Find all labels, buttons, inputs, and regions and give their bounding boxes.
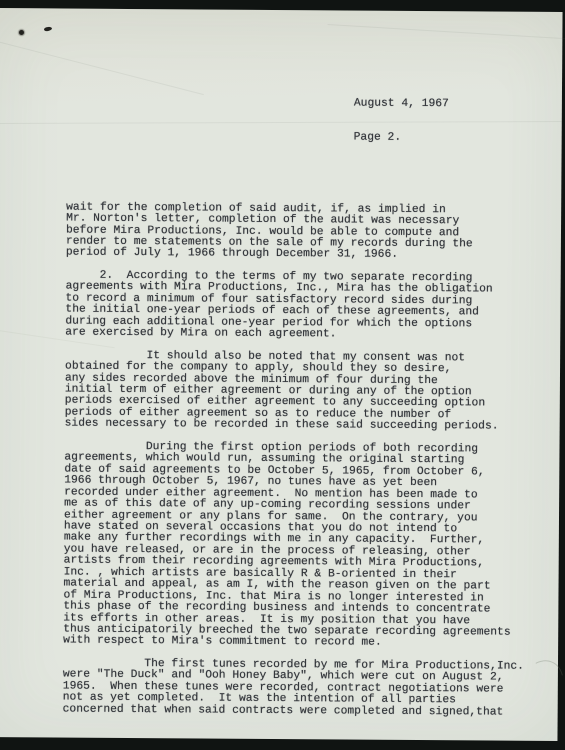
- letter-content: August 4, 1967 Page 2. wait for the comp…: [0, 8, 563, 719]
- letter-header: August 4, 1967 Page 2.: [353, 76, 562, 169]
- paragraph-first-tunes: The first tunes recorded by me for Mira …: [63, 658, 558, 719]
- ink-speck: [19, 30, 24, 35]
- paragraph-item-2: 2. According to the terms of my two sepa…: [65, 270, 560, 342]
- letter-paper: August 4, 1967 Page 2. wait for the comp…: [0, 8, 563, 741]
- scanned-letter-page: August 4, 1967 Page 2. wait for the comp…: [0, 0, 565, 750]
- paragraph-consent: It should also be noted that my consent …: [65, 350, 561, 434]
- letter-page-number: Page 2.: [354, 133, 562, 146]
- paragraph-continuation: wait for the completion of said audit, i…: [66, 202, 561, 263]
- letter-date: August 4, 1967: [354, 98, 562, 111]
- letter-body: wait for the completion of said audit, i…: [63, 202, 562, 719]
- paragraph-option-periods: During the first option periods of both …: [63, 441, 559, 651]
